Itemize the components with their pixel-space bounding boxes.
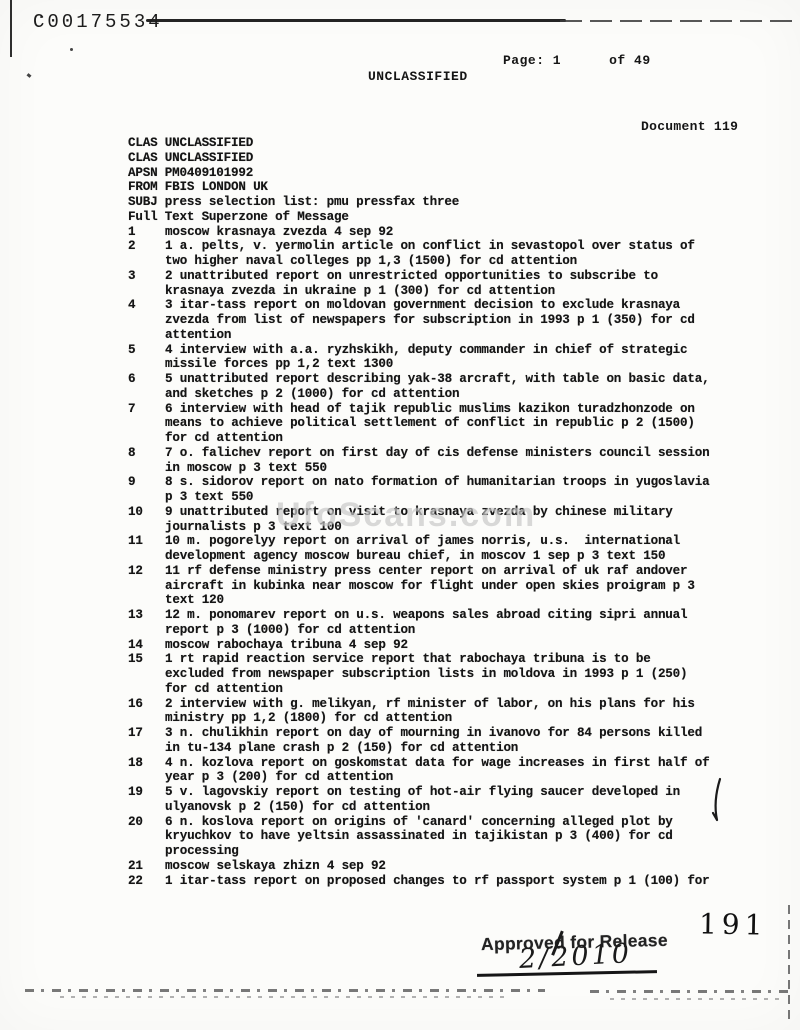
list-entry: 151 rt rapid reaction service report tha… <box>128 652 768 696</box>
scan-right-border-line <box>788 905 790 1023</box>
message-header-line: CLAS UNCLASSIFIED <box>128 136 768 151</box>
entry-number: 7 <box>128 402 165 446</box>
entry-number: 19 <box>128 785 165 815</box>
entry-number: 18 <box>128 756 165 786</box>
entry-number: 11 <box>128 534 165 564</box>
scan-noise-band <box>60 996 510 998</box>
message-header-line: Full Text Superzone of Message <box>128 210 768 225</box>
page-count-label: of 49 <box>609 53 651 68</box>
entry-text: 5 unattributed report describing yak-38 … <box>165 372 768 402</box>
stamp-underline <box>477 970 657 976</box>
entry-number: 6 <box>128 372 165 402</box>
list-entry: 21moscow selskaya zhizn 4 sep 92 <box>128 859 768 874</box>
entry-text: 2 interview with g. melikyan, rf ministe… <box>165 697 768 727</box>
entry-text: 4 interview with a.a. ryzhskikh, deputy … <box>165 343 768 373</box>
list-entry: 195 v. lagovskiy report on testing of ho… <box>128 785 768 815</box>
entry-number: 3 <box>128 269 165 299</box>
list-entry: 184 n. kozlova report on goskomstat data… <box>128 756 768 786</box>
page-label: Page: 1 <box>503 53 561 68</box>
entry-number: 12 <box>128 564 165 608</box>
handwritten-release-date: 2/2010 <box>518 938 632 975</box>
scan-left-border-line <box>10 0 12 57</box>
list-entry: 65 unattributed report describing yak-38… <box>128 372 768 402</box>
entry-number: 22 <box>128 874 165 889</box>
scan-top-rule <box>146 19 566 22</box>
list-entry: 1312 m. ponomarev report on u.s. weapons… <box>128 608 768 638</box>
entry-text: 3 n. chulikhin report on day of mourning… <box>165 726 768 756</box>
entry-number: 14 <box>128 638 165 653</box>
entry-number: 10 <box>128 505 165 535</box>
watermark-text: UfoScans.com <box>276 496 536 535</box>
list-entry: 173 n. chulikhin report on day of mourni… <box>128 726 768 756</box>
scan-noise-band <box>610 998 785 1000</box>
entry-text: 10 m. pogorelyy report on arrival of jam… <box>165 534 768 564</box>
message-header-line: APSN PM0409101992 <box>128 166 768 181</box>
scan-noise-band <box>590 990 790 993</box>
list-entry: 1moscow krasnaya zvezda 4 sep 92 <box>128 225 768 240</box>
entry-text: 1 rt rapid reaction service report that … <box>165 652 768 696</box>
entry-number: 17 <box>128 726 165 756</box>
entry-text: 4 n. kozlova report on goskomstat data f… <box>165 756 768 786</box>
list-entry: 221 itar-tass report on proposed changes… <box>128 874 768 889</box>
list-entry: 14moscow rabochaya tribuna 4 sep 92 <box>128 638 768 653</box>
entry-number: 5 <box>128 343 165 373</box>
entry-text: 1 a. pelts, v. yermolin article on confl… <box>165 239 768 269</box>
scanned-document-page: C00175534 Page: 1of 49 UNCLASSIFIED Docu… <box>0 0 800 1030</box>
pen-stroke-mark <box>703 776 733 828</box>
entry-text: moscow selskaya zhizn 4 sep 92 <box>165 859 768 874</box>
entry-number: 9 <box>128 475 165 505</box>
entry-text: 2 unattributed report on unrestricted op… <box>165 269 768 299</box>
list-entry: 206 n. koslova report on origins of 'can… <box>128 815 768 859</box>
entry-text: 3 itar-tass report on moldovan governmen… <box>165 298 768 342</box>
entry-number: 13 <box>128 608 165 638</box>
entry-text: 7 o. falichev report on first day of cis… <box>165 446 768 476</box>
classification-header: UNCLASSIFIED <box>368 69 468 84</box>
scan-speck <box>27 73 32 78</box>
entry-text: 1 itar-tass report on proposed changes t… <box>165 874 768 889</box>
list-entry: 1110 m. pogorelyy report on arrival of j… <box>128 534 768 564</box>
list-entry: 21 a. pelts, v. yermolin article on conf… <box>128 239 768 269</box>
list-entry: 1211 rf defense ministry press center re… <box>128 564 768 608</box>
entry-text: 6 interview with head of tajik republic … <box>165 402 768 446</box>
list-entry: 76 interview with head of tajik republic… <box>128 402 768 446</box>
scan-noise-band <box>25 989 545 992</box>
list-entry: 32 unattributed report on unrestricted o… <box>128 269 768 299</box>
entry-number: 16 <box>128 697 165 727</box>
entry-text: 11 rf defense ministry press center repo… <box>165 564 768 608</box>
page-indicator: Page: 1of 49 <box>503 53 651 68</box>
entry-number: 8 <box>128 446 165 476</box>
scan-speck <box>70 48 73 51</box>
handwritten-page-number: 191 <box>699 907 768 941</box>
entry-number: 1 <box>128 225 165 240</box>
entry-number: 15 <box>128 652 165 696</box>
entry-number: 20 <box>128 815 165 859</box>
entry-number: 2 <box>128 239 165 269</box>
entry-text: 5 v. lagovskiy report on testing of hot-… <box>165 785 768 815</box>
entry-number: 4 <box>128 298 165 342</box>
document-number-label: Document 119 <box>641 119 738 134</box>
list-entry: 87 o. falichev report on first day of ci… <box>128 446 768 476</box>
entry-text: 12 m. ponomarev report on u.s. weapons s… <box>165 608 768 638</box>
entry-number: 21 <box>128 859 165 874</box>
message-header-line: SUBJ press selection list: pmu pressfax … <box>128 195 768 210</box>
list-entry: 54 interview with a.a. ryzhskikh, deputy… <box>128 343 768 373</box>
list-entry: 162 interview with g. melikyan, rf minis… <box>128 697 768 727</box>
message-header-line: CLAS UNCLASSIFIED <box>128 151 768 166</box>
list-entry: 43 itar-tass report on moldovan governme… <box>128 298 768 342</box>
entry-text: moscow rabochaya tribuna 4 sep 92 <box>165 638 768 653</box>
entry-text: 6 n. koslova report on origins of 'canar… <box>165 815 768 859</box>
entry-text: moscow krasnaya zvezda 4 sep 92 <box>165 225 768 240</box>
scan-top-rule-dashed <box>560 20 794 22</box>
message-header-line: FROM FBIS LONDON UK <box>128 180 768 195</box>
document-reference-number: C00175534 <box>33 11 163 33</box>
